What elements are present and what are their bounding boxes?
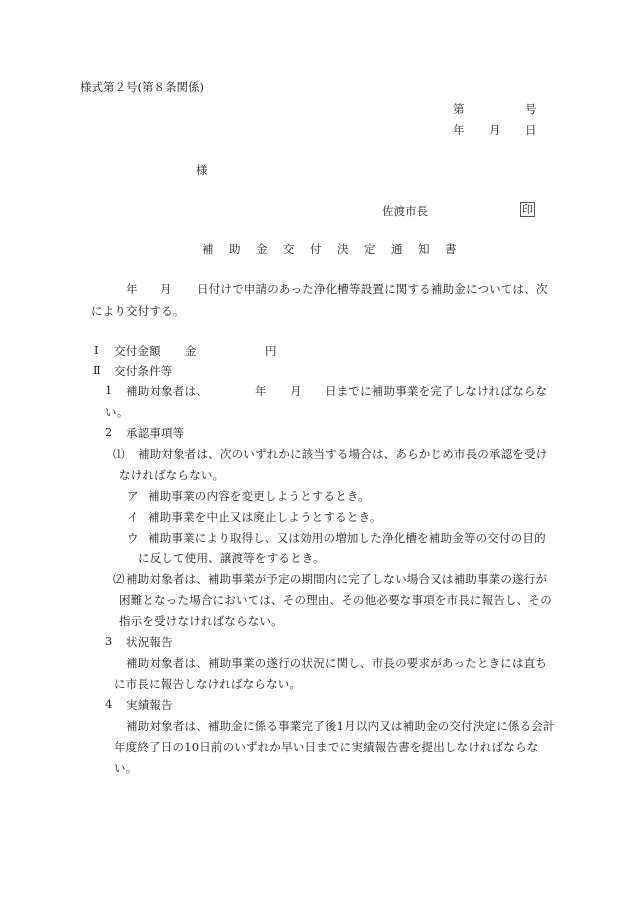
intro-month: 月 [160,281,172,297]
item-1-continuation: い。 [105,404,128,420]
item-4-number: 4 [105,697,113,711]
title-char: 助 [229,241,241,257]
item-4-line-2: 年度終了日の10日前のいずれか早い日までに実績報告書を提出しなければならな [114,739,539,755]
doc-number-suffix: 号 [525,101,537,117]
date-day-label: 日 [525,122,537,138]
item-1-year: 年 [255,383,267,399]
item-2-sub-1-number: ⑴ [113,446,125,462]
item-2-label: 承認事項等 [126,425,185,441]
item-2-number: 2 [105,425,113,439]
item-1-text-b: 日までに補助事業を完了しなければならな [325,383,547,399]
seal-mark: 印 [520,202,535,217]
option-i-text: 補助事業を中止又は廃止しようとするとき。 [148,509,382,525]
item-3-line-2: に市長に報告しなければならない。 [114,676,301,692]
item-2-sub-1-line-1: 補助対象者は、次のいずれかに該当する場合は、あらかじめ市長の承認を受け [138,446,548,462]
section-2-label: 交付条件等 [114,363,173,379]
title-char: 決 [337,241,349,257]
item-4-line-1: 補助対象者は、補助金に係る事業完了後1月以内又は補助金の交付決定に係る会計 [126,718,555,734]
title-char: 定 [364,241,376,257]
item-2-sub-2-number: ⑵ [113,571,125,587]
intro-line-2: により交付する。 [91,303,185,319]
intro-line-1: 日付けで申請のあった浄化槽等設置に関する補助金については、次 [197,281,548,297]
item-4-line-3: い。 [114,760,137,776]
title-char: 通 [391,241,403,257]
option-u-mark: ウ [127,530,139,546]
item-3-line-1: 補助対象者は、補助事業の遂行の状況に関し、市長の要求があったときには直ち [126,655,547,671]
title-char: 付 [310,241,322,257]
title-char: 交 [283,241,295,257]
item-1-text-a: 補助対象者は、 [126,383,208,399]
section-2-number: Ⅱ [93,363,101,377]
item-2-sub-2-line-1: 補助対象者は、補助事業が予定の期間内に完了しない場合又は補助事業の遂行が [126,571,547,587]
form-label: 様式第２号(第８条関係) [80,79,204,95]
option-u-continuation: に反して使用、譲渡等をするとき。 [138,550,325,566]
addressee-suffix: 様 [196,162,208,178]
item-2-sub-1-line-2: なければならない。 [119,467,224,483]
intro-year: 年 [126,281,138,297]
title-char: 知 [418,241,430,257]
date-year-label: 年 [453,122,465,138]
item-2-sub-2-line-2: 困難となった場合においては、その理由、その他必要な事項を市長に報告し、その [119,592,552,608]
option-i-mark: イ [127,509,139,525]
option-a-text: 補助事業の内容を変更しようとするとき。 [148,488,370,504]
item-3-number: 3 [105,634,113,648]
item-2-sub-2-line-3: 指示を受けなければならない。 [119,613,283,629]
item-1-number: 1 [105,383,113,397]
section-1-en: 円 [265,343,277,359]
date-month-label: 月 [489,122,501,138]
option-u-text: 補助事業により取得し、又は効用の増加した浄化槽を補助金等の交付の目的 [148,530,546,546]
section-1-kin: 金 [185,343,197,359]
issuer-name: 佐渡市長 [382,203,428,219]
item-4-label: 実績報告 [126,697,173,713]
title-char: 補 [202,241,214,257]
doc-number-prefix: 第 [453,101,465,117]
item-3-label: 状況報告 [126,634,173,650]
section-1-label: 交付金額 [114,343,161,359]
document-title: 補助金交付決定通知書 [202,241,472,257]
section-1-number: Ⅰ [94,343,99,357]
item-1-month: 月 [290,383,302,399]
title-char: 金 [256,241,268,257]
title-char: 書 [445,241,457,257]
option-a-mark: ア [127,488,139,504]
